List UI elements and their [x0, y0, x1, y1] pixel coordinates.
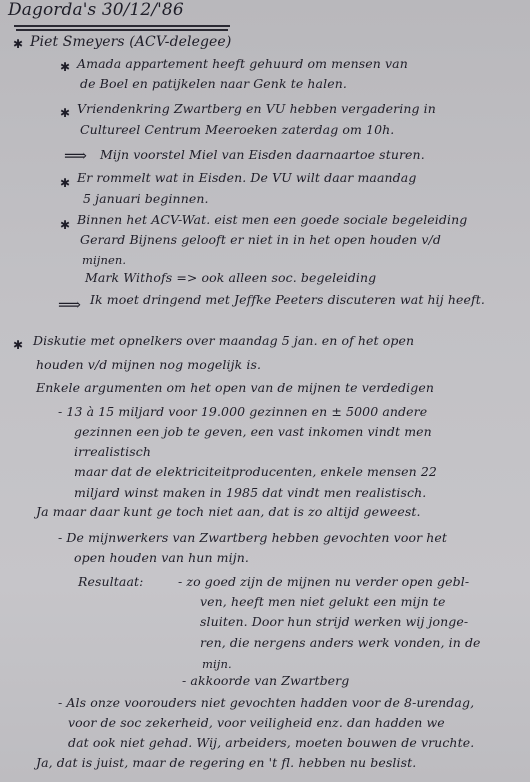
- note-line: ven, heeft men niet gelukt een mijn te: [200, 594, 445, 610]
- note-line: miljard winst maken in 1985 dat vindt me…: [74, 485, 426, 501]
- note-line: - De mijnwerkers van Zwartberg hebben ge…: [58, 530, 447, 546]
- note-title: Dagorda's 30/12/'86: [8, 2, 184, 18]
- section-heading: houden v/d mijnen nog mogelijk is.: [36, 357, 261, 373]
- title-underline-2: [16, 29, 228, 31]
- note-line: Amada appartement heeft gehuurd om mense…: [77, 56, 408, 72]
- title-underline-1: [14, 25, 230, 27]
- note-line: Binnen het ACV-Wat. eist men een goede s…: [77, 212, 467, 228]
- arrow-icon: ⟹: [58, 295, 81, 314]
- asterisk-bullet-icon: ✱: [60, 218, 70, 232]
- note-line: mijnen.: [82, 252, 126, 268]
- note-line: Ik moet dringend met Jeffke Peeters disc…: [90, 292, 485, 308]
- arrow-icon: ⟹: [64, 146, 87, 165]
- note-line: Ja maar daar kunt ge toch niet aan, dat …: [36, 504, 421, 520]
- section-heading: Piet Smeyers (ACV-delegee): [30, 34, 231, 50]
- note-line: 5 januari beginnen.: [83, 191, 209, 207]
- note-line: Ja, dat is juist, maar de regering en 't…: [36, 755, 416, 771]
- handwritten-note-page: Dagorda's 30/12/'86 ✱ Piet Smeyers (ACV-…: [0, 0, 530, 782]
- note-line: de Boel en patijkelen naar Genk te halen…: [80, 76, 347, 92]
- note-line: - zo goed zijn de mijnen nu verder open …: [178, 574, 469, 590]
- note-line: gezinnen een job te geven, een vast inko…: [74, 424, 432, 440]
- note-line: irrealistisch: [74, 444, 151, 460]
- asterisk-bullet-icon: ✱: [60, 176, 70, 190]
- note-line: mijn.: [202, 656, 232, 672]
- result-label: Resultaat:: [78, 574, 143, 590]
- note-line: Mark Withofs => ook alleen soc. begeleid…: [85, 270, 376, 286]
- note-line: voor de soc zekerheid, voor veiligheid e…: [68, 715, 445, 731]
- note-line: Gerard Bijnens gelooft er niet in in het…: [80, 232, 441, 248]
- note-line: Er rommelt wat in Eisden. De VU wilt daa…: [77, 170, 416, 186]
- note-line: - akkoorde van Zwartberg: [182, 673, 349, 689]
- note-line: Mijn voorstel Miel van Eisden daarnaarto…: [100, 147, 425, 163]
- note-line: - Als onze voorouders niet gevochten had…: [58, 695, 474, 711]
- section-heading: Diskutie met opnelkers over maandag 5 ja…: [33, 333, 414, 349]
- note-line: open houden van hun mijn.: [74, 550, 249, 566]
- note-line: sluiten. Door hun strijd werken wij jong…: [200, 614, 468, 630]
- asterisk-bullet-icon: ✱: [13, 338, 23, 352]
- note-line: dat ook niet gehad. Wij, arbeiders, moet…: [68, 735, 474, 751]
- asterisk-bullet-icon: ✱: [60, 60, 70, 74]
- asterisk-bullet-icon: ✱: [60, 106, 70, 120]
- note-line: Enkele argumenten om het open van de mij…: [36, 380, 434, 396]
- note-line: maar dat de elektriciteitproducenten, en…: [74, 464, 437, 480]
- note-line: Cultureel Centrum Meeroeken zaterdag om …: [80, 122, 394, 138]
- note-line: Vriendenkring Zwartberg en VU hebben ver…: [77, 101, 436, 117]
- note-line: ren, die nergens anders werk vonden, in …: [200, 635, 481, 651]
- note-line: - 13 à 15 miljard voor 19.000 gezinnen e…: [58, 404, 427, 420]
- asterisk-bullet-icon: ✱: [13, 37, 23, 51]
